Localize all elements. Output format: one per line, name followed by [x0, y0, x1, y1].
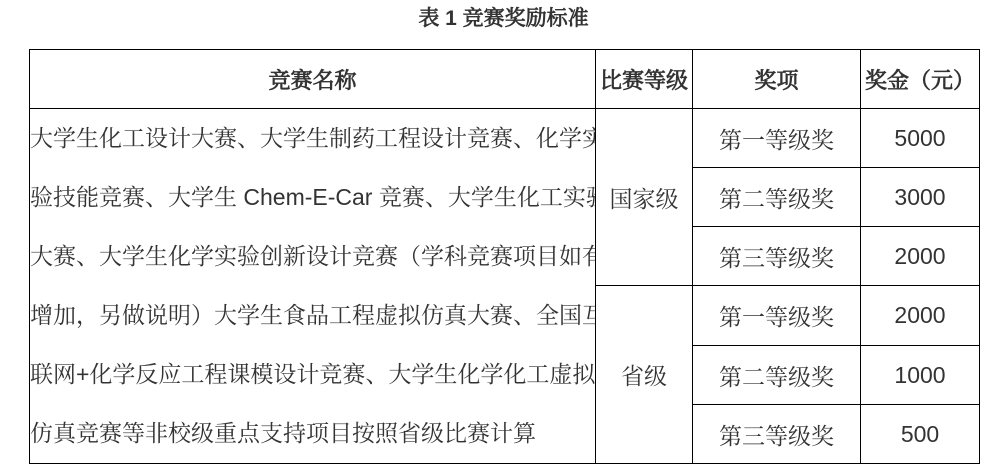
level-cell-national: 国家级	[596, 109, 693, 286]
competition-name-line-1: 大学生化工设计大赛、大学生制药工程设计竞赛、化学实	[30, 109, 595, 168]
award-cell-national-1: 第一等级奖	[693, 109, 861, 168]
col-header-prize: 奖金（元）	[861, 50, 980, 109]
award-cell-provincial-1: 第一等级奖	[693, 286, 861, 346]
document-page: 表 1 竞赛奖励标准 竞赛名称 比赛等级 奖项 奖金（元） 大学生化工设计大赛、…	[0, 0, 1007, 471]
table-title: 表 1 竞赛奖励标准	[0, 6, 1007, 31]
competition-name-cell: 大学生化工设计大赛、大学生制药工程设计竞赛、化学实 验技能竞赛、大学生 Chem…	[30, 109, 596, 464]
prize-cell-provincial-3: 500	[861, 405, 980, 464]
header-row: 竞赛名称 比赛等级 奖项 奖金（元）	[30, 50, 980, 109]
level-cell-provincial: 省级	[596, 286, 693, 464]
prize-cell-provincial-2: 1000	[861, 346, 980, 405]
award-cell-provincial-3: 第三等级奖	[693, 405, 861, 464]
award-cell-national-3: 第三等级奖	[693, 227, 861, 286]
prize-cell-national-2: 3000	[861, 168, 980, 227]
award-table: 竞赛名称 比赛等级 奖项 奖金（元） 大学生化工设计大赛、大学生制药工程设计竞赛…	[29, 49, 980, 464]
table-row: 大学生化工设计大赛、大学生制药工程设计竞赛、化学实 验技能竞赛、大学生 Chem…	[30, 109, 980, 168]
col-header-competition-name: 竞赛名称	[30, 50, 596, 109]
prize-cell-national-3: 2000	[861, 227, 980, 286]
competition-name-line-2: 验技能竞赛、大学生 Chem-E-Car 竞赛、大学生化工实验	[30, 168, 595, 227]
competition-name-line-3: 大赛、大学生化学实验创新设计竞赛（学科竞赛项目如有	[30, 227, 595, 286]
col-header-award: 奖项	[693, 50, 861, 109]
competition-name-line-6: 仿真竞赛等非校级重点支持项目按照省级比赛计算	[30, 404, 595, 463]
award-cell-national-2: 第二等级奖	[693, 168, 861, 227]
col-header-level: 比赛等级	[596, 50, 693, 109]
competition-name-line-4: 增加，另做说明）大学生食品工程虚拟仿真大赛、全国互	[30, 286, 595, 345]
award-cell-provincial-2: 第二等级奖	[693, 346, 861, 405]
competition-name-line-5: 联网+化学反应工程课模设计竞赛、大学生化学化工虚拟	[30, 345, 595, 404]
prize-cell-provincial-1: 2000	[861, 286, 980, 346]
prize-cell-national-1: 5000	[861, 109, 980, 168]
